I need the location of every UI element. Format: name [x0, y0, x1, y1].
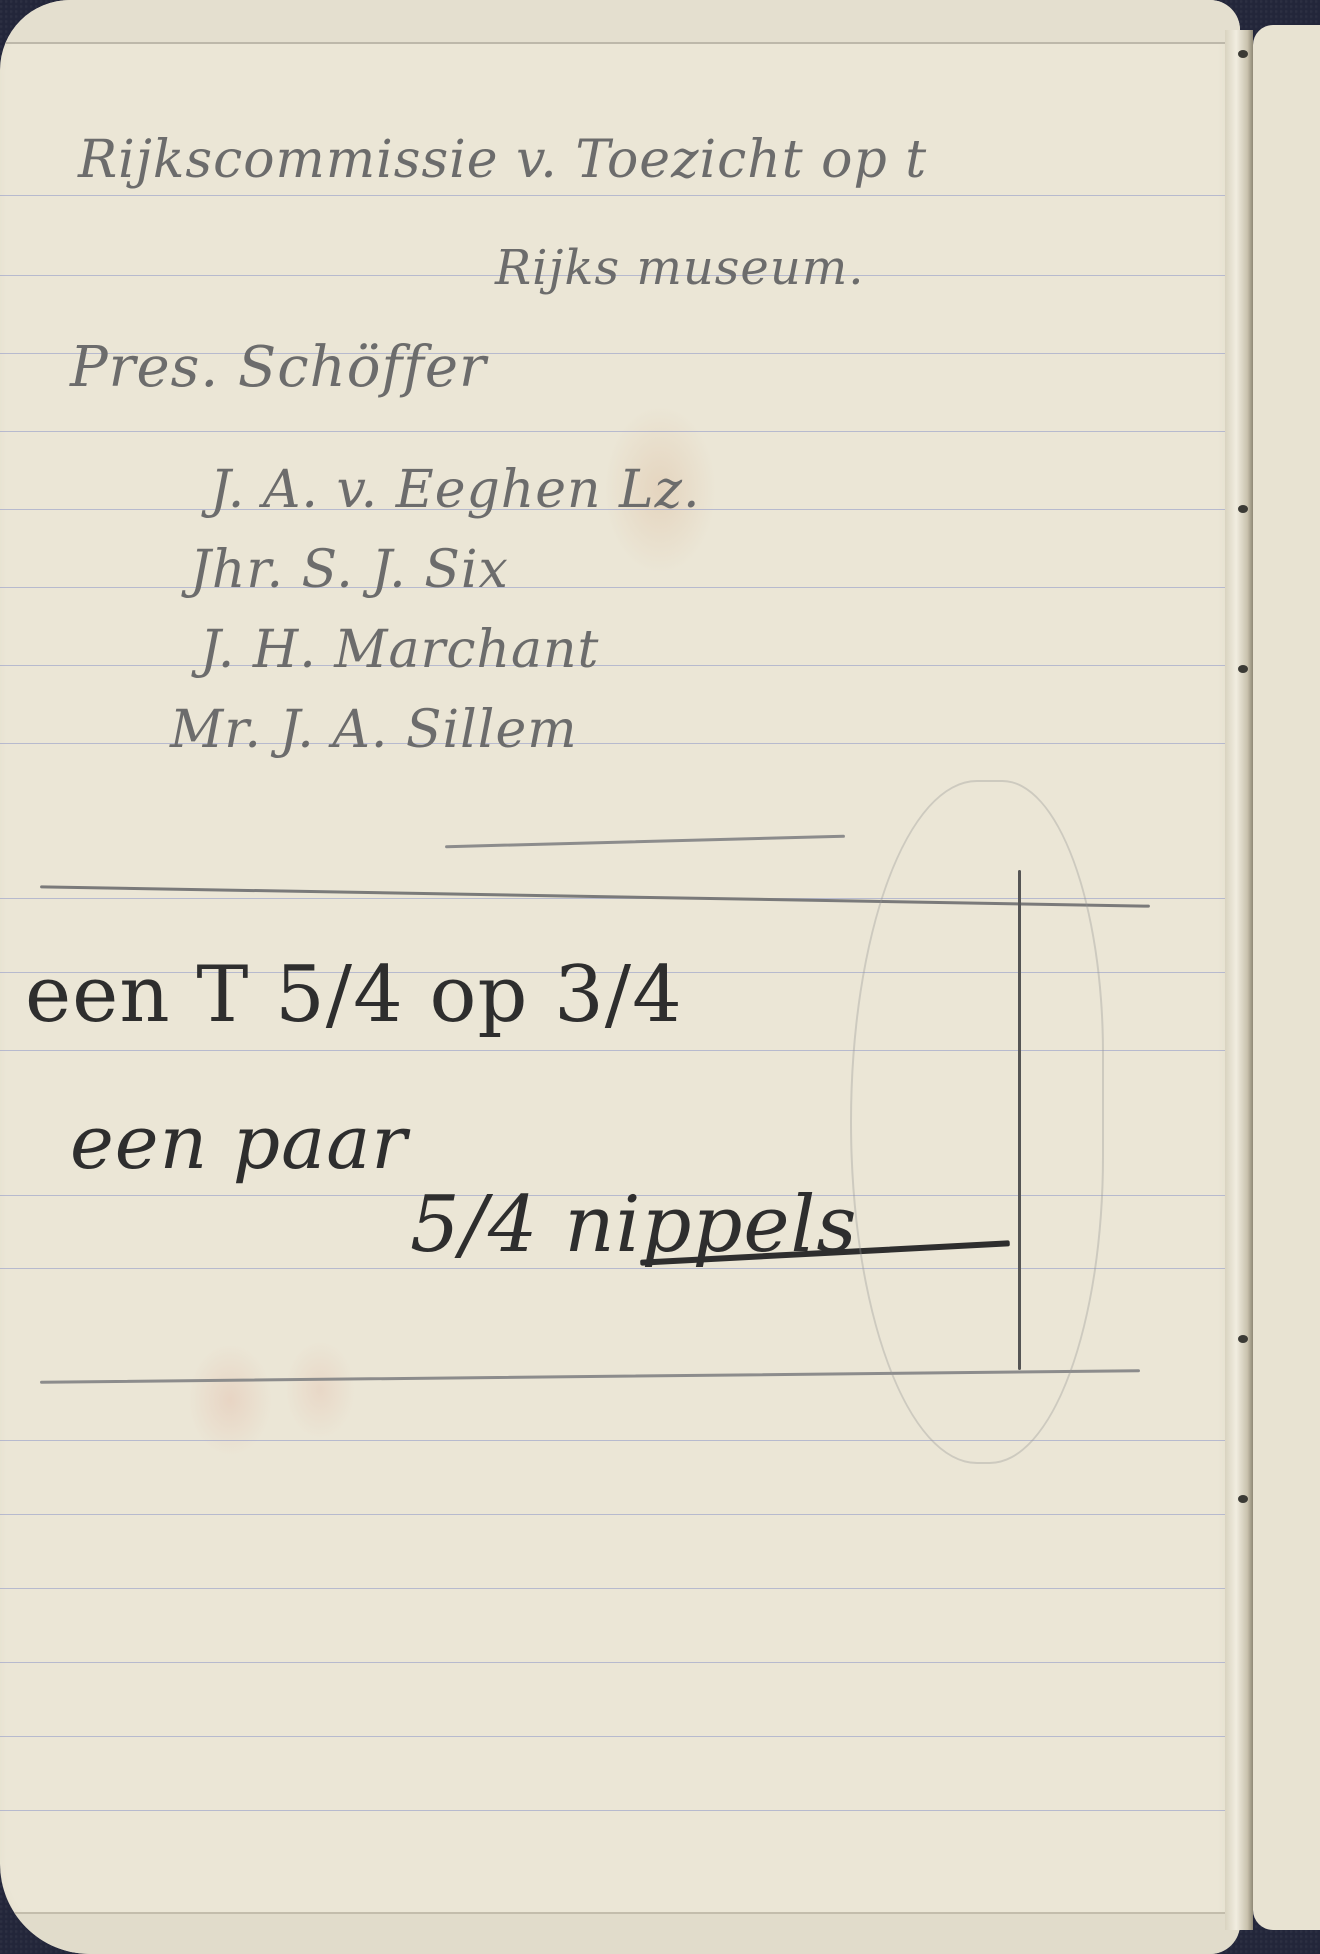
heading-line-2: Rijks museum.	[495, 240, 865, 296]
ruled-line	[0, 431, 1240, 432]
ruled-line	[0, 1736, 1240, 1737]
binding-stitch	[1238, 1335, 1248, 1343]
members-label: Pres. Schöffer	[70, 335, 487, 400]
ruled-line	[0, 1810, 1240, 1811]
note-line-1: een T 5/4 op 3/4	[25, 950, 683, 1040]
ruled-line	[0, 195, 1240, 196]
member-4: Mr. J. A. Sillem	[170, 700, 578, 760]
ruled-line	[0, 587, 1240, 588]
heading-line-1: Rijkscommissie v. Toezicht op t	[78, 130, 927, 190]
member-3: J. H. Marchant	[200, 620, 599, 680]
ruled-line	[0, 1588, 1240, 1589]
ruled-line	[0, 1662, 1240, 1663]
next-page-edge	[1253, 25, 1320, 1930]
ruled-line	[0, 1440, 1240, 1441]
binding-stitch	[1238, 505, 1248, 513]
binding-stitch	[1238, 665, 1248, 673]
underline-stroke	[445, 835, 845, 848]
binding-stitch	[1238, 1495, 1248, 1503]
ruled-line	[0, 665, 1240, 666]
page-bottom-margin	[0, 1912, 1240, 1954]
note-line-2: een paar	[70, 1100, 408, 1186]
member-1: J. A. v. Eeghen Lz.	[210, 460, 701, 520]
faint-sketch	[850, 780, 1104, 1464]
member-2: Jhr. S. J. Six	[190, 540, 509, 600]
ruled-line	[0, 1514, 1240, 1515]
page-top-margin	[0, 0, 1240, 44]
notebook-page: Rijkscommissie v. Toezicht op t Rijks mu…	[0, 0, 1240, 1954]
notebook-spine	[1225, 30, 1253, 1930]
binding-stitch	[1238, 50, 1248, 58]
